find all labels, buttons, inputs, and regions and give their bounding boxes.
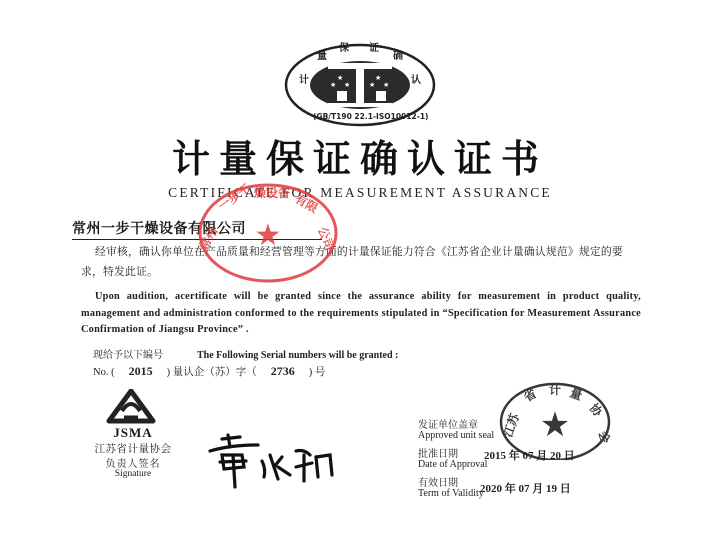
svg-text:计: 计 <box>299 73 309 86</box>
validity-date-value: 2020 年 07 月 19 日 <box>480 480 571 496</box>
svg-text:证: 证 <box>369 41 379 54</box>
svg-text:量: 量 <box>317 49 327 62</box>
svg-text:(GB/T190 22.1-ISO10012-1): (GB/T190 22.1-ISO10012-1) <box>313 112 428 121</box>
svg-text:一步干: 一步干 <box>215 181 253 213</box>
svg-text:燥设备: 燥设备 <box>253 185 290 200</box>
svg-text:公司: 公司 <box>315 225 336 252</box>
approval-date-label-cn: 批准日期 <box>418 445 458 460</box>
svg-text:★: ★ <box>337 74 343 82</box>
serial-label-en: The Following Serial numbers will be gra… <box>197 350 398 361</box>
issuer-name-cn: 江苏省计量协会 <box>83 441 183 456</box>
svg-text:会: 会 <box>596 430 611 444</box>
validity-label-en: Term of Validity <box>418 488 484 499</box>
company-red-seal: ★ 常州 一步干 燥设备 有限 公司 <box>196 181 340 285</box>
approval-date-label-en: Date of Approval <box>418 459 487 470</box>
svg-text:★: ★ <box>344 81 350 89</box>
number-suffix: ) 号 <box>309 367 326 378</box>
certification-emblem: ★ ★ ★ ★ ★ ★ 计 量 保 证 确 认 (GB/T190 22.1-IS… <box>283 35 438 127</box>
handwritten-signature <box>200 425 350 495</box>
svg-text:计: 计 <box>549 382 561 397</box>
svg-text:★: ★ <box>383 81 389 89</box>
svg-text:★: ★ <box>540 405 570 445</box>
svg-text:★: ★ <box>375 74 381 82</box>
association-seal: ★ 江苏 省 计 量 协 会 <box>493 380 611 460</box>
certificate-title-cn: 计量保证确认证书 <box>130 128 590 183</box>
svg-text:保: 保 <box>338 41 349 54</box>
signature-label-cn: 负责人签名 <box>93 455 173 470</box>
number-year: 2015 <box>129 364 153 378</box>
svg-text:★: ★ <box>369 81 375 89</box>
number-prefix: No. ( <box>93 367 115 378</box>
svg-text:省: 省 <box>521 386 539 405</box>
body-text-en-content: Upon audition, acertificate will be gran… <box>81 291 641 335</box>
serial-label-cn: 现给予以下编号 <box>93 350 163 361</box>
number-value: 2736 <box>271 364 295 378</box>
body-text-en: Upon audition, acertificate will be gran… <box>81 289 641 339</box>
body-text-cn-content: 经审核，确认你单位在产品质量和经营管理等方面的计量保证能力符合《江苏省企业计量确… <box>81 245 623 278</box>
svg-text:确: 确 <box>393 49 403 62</box>
svg-text:认: 认 <box>411 73 421 86</box>
jsma-logo-icon <box>106 389 156 425</box>
seal-label-en: Approved unit seal <box>418 430 494 441</box>
svg-text:量: 量 <box>568 385 584 403</box>
seal-label-cn: 发证单位盖章 <box>418 416 478 431</box>
number-middle: ) 量认企（苏）字（ <box>167 367 257 378</box>
signature-label-en: Signature <box>93 469 173 479</box>
jsma-logo-text: JSMA <box>93 425 173 441</box>
validity-label-cn: 有效日期 <box>418 474 458 489</box>
svg-text:★: ★ <box>330 81 336 89</box>
body-text-cn: 经审核，确认你单位在产品质量和经营管理等方面的计量保证能力符合《江苏省企业计量确… <box>81 242 641 282</box>
serial-label: 现给予以下编号The Following Serial numbers will… <box>93 346 398 361</box>
certificate-number: No. (2015) 量认企（苏）字（2736) 号 <box>93 364 325 379</box>
svg-text:★: ★ <box>255 218 282 253</box>
